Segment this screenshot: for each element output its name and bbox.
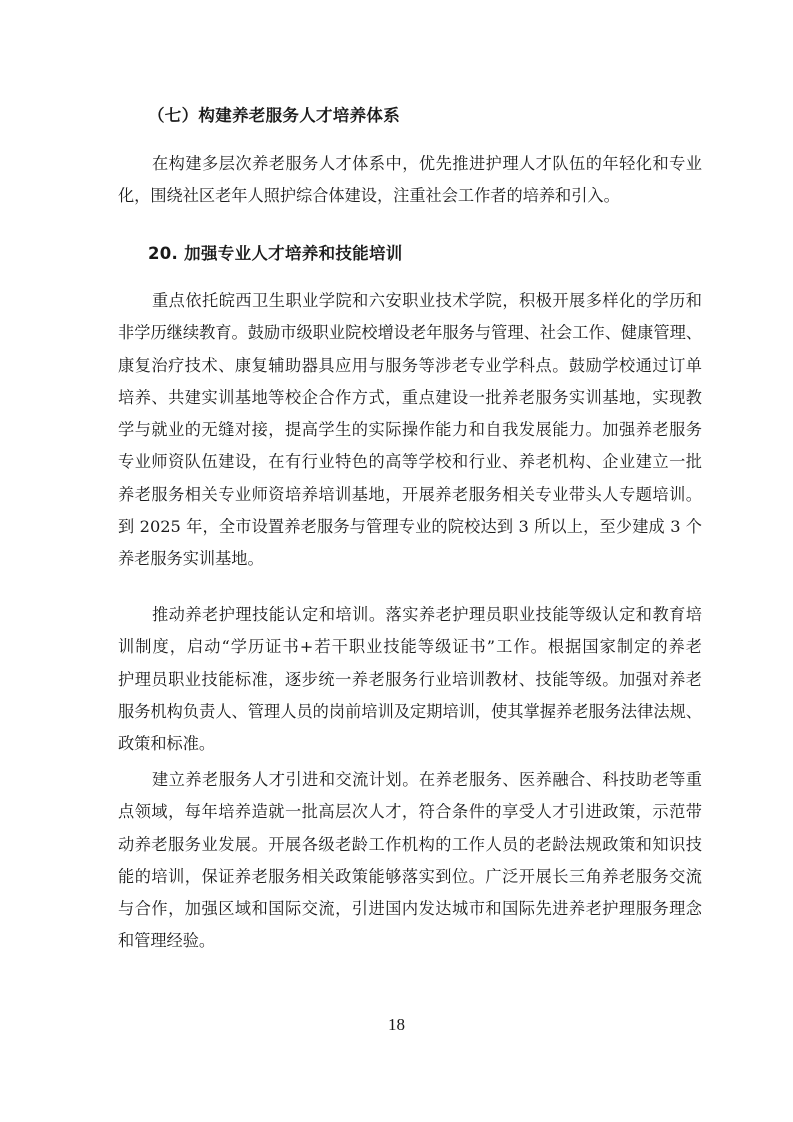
text-line: 护理员职业技能标准，逐步统一养老服务行业培训教材、技能等级。加强对养老: [118, 664, 702, 696]
text-line: 服务机构负责人、管理人员的岗前培训及定期培训，使其掌握养老服务法律法规、: [118, 696, 702, 728]
text-line: 专业师资队伍建设，在有行业特色的高等学校和行业、养老机构、企业建立一批: [118, 446, 702, 478]
subheading: 20. 加强专业人才培养和技能培训: [118, 238, 702, 270]
text-line: 重点依托皖西卫生职业学院和六安职业技术学院，积极开展多样化的学历和: [118, 285, 702, 317]
text-line: 学与就业的无缝对接，提高学生的实际操作能力和自我发展能力。加强养老服务: [118, 414, 702, 446]
text-line: 建立养老服务人才引进和交流计划。在养老服务、医养融合、科技助老等重: [118, 764, 702, 796]
page-number: 18: [0, 1015, 793, 1035]
text-line: 政策和标准。: [118, 728, 702, 760]
text-line: 与合作，加强区域和国际交流，引进国内发达城市和国际先进养老护理服务理念: [118, 893, 702, 925]
document-page: （七）构建养老服务人才培养体系 在构建多层次养老服务人才体系中，优先推进护理人才…: [0, 0, 793, 1122]
text-line: 训制度，启动“学历证书+若干职业技能等级证书”工作。根据国家制定的养老: [118, 631, 702, 663]
paragraph-1: 重点依托皖西卫生职业学院和六安职业技术学院，积极开展多样化的学历和 非学历继续教…: [118, 285, 702, 576]
section-heading: （七）构建养老服务人才培养体系: [118, 100, 702, 132]
intro-paragraph: 在构建多层次养老服务人才体系中，优先推进护理人才队伍的年轻化和专业 化，围绕社区…: [118, 148, 702, 213]
text-line: 点领域，每年培养造就一批高层次人才，符合条件的享受人才引进政策，示范带: [118, 796, 702, 828]
text-line: 能的培训，保证养老服务相关政策能够落实到位。广泛开展长三角养老服务交流: [118, 861, 702, 893]
text-line: 在构建多层次养老服务人才体系中，优先推进护理人才队伍的年轻化和专业: [118, 148, 702, 180]
text-line: 非学历继续教育。鼓励市级职业院校增设老年服务与管理、社会工作、健康管理、: [118, 317, 702, 349]
text-line: 动养老服务业发展。开展各级老龄工作机构的工作人员的老龄法规政策和知识技: [118, 829, 702, 861]
text-line: 养老服务相关专业师资培养培训基地，开展养老服务相关专业带头人专题培训。: [118, 479, 702, 511]
text-line: 培养、共建实训基地等校企合作方式，重点建设一批养老服务实训基地，实现教: [118, 382, 702, 414]
text-line: 和管理经验。: [118, 925, 702, 957]
text-line: 到 2025 年，全市设置养老服务与管理专业的院校达到 3 所以上，至少建成 3…: [118, 511, 702, 543]
paragraph-2: 推动养老护理技能认定和培训。落实养老护理员职业技能等级认定和教育培 训制度，启动…: [118, 599, 702, 760]
text-line: 养老服务实训基地。: [118, 543, 702, 575]
text-line: 化，围绕社区老年人照护综合体建设，注重社会工作者的培养和引入。: [118, 180, 702, 212]
paragraph-3: 建立养老服务人才引进和交流计划。在养老服务、医养融合、科技助老等重 点领域，每年…: [118, 764, 702, 958]
text-line: 推动养老护理技能认定和培训。落实养老护理员职业技能等级认定和教育培: [118, 599, 702, 631]
text-line: 康复治疗技术、康复辅助器具应用与服务等涉老专业学科点。鼓励学校通过订单: [118, 350, 702, 382]
